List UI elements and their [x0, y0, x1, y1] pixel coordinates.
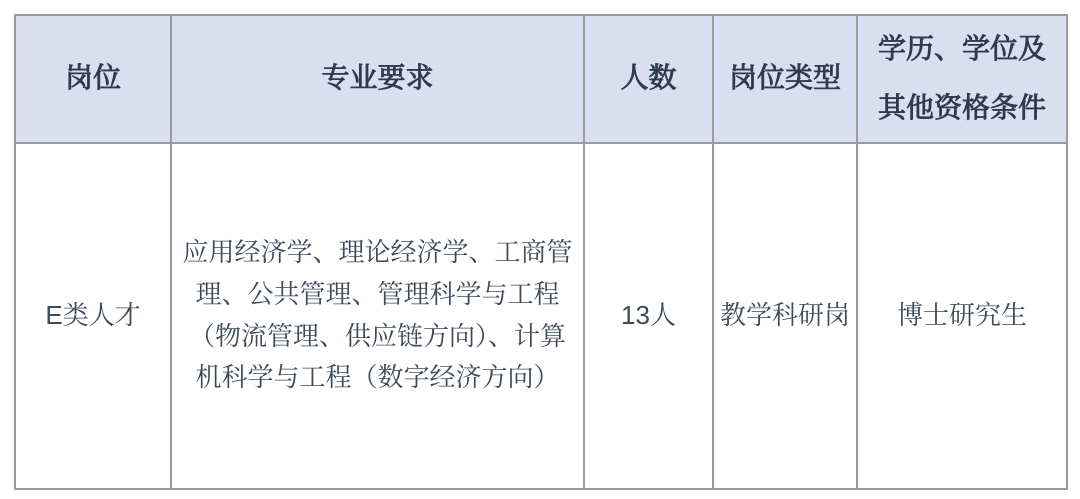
recruitment-table: 岗位 专业要求 人数 岗位类型 学历、学位及 其他资格条件 E类人才 应用经济学…: [14, 14, 1068, 490]
table-row: E类人才 应用经济学、理论经济学、工商管 理、公共管理、管理科学与工程 （物流管…: [15, 143, 1067, 489]
cell-headcount: 13人: [584, 143, 713, 489]
cell-position: E类人才: [15, 143, 171, 489]
cell-qualification: 博士研究生: [857, 143, 1067, 489]
cell-position-type: 教学科研岗: [713, 143, 857, 489]
header-position: 岗位: [15, 15, 171, 143]
header-qualification: 学历、学位及 其他资格条件: [857, 15, 1067, 143]
page: 岗位 专业要求 人数 岗位类型 学历、学位及 其他资格条件 E类人才 应用经济学…: [0, 0, 1080, 499]
table-header-row: 岗位 专业要求 人数 岗位类型 学历、学位及 其他资格条件: [15, 15, 1067, 143]
header-position-type: 岗位类型: [713, 15, 857, 143]
header-headcount: 人数: [584, 15, 713, 143]
cell-major-requirements: 应用经济学、理论经济学、工商管 理、公共管理、管理科学与工程 （物流管理、供应链…: [171, 143, 584, 489]
header-major-requirements: 专业要求: [171, 15, 584, 143]
